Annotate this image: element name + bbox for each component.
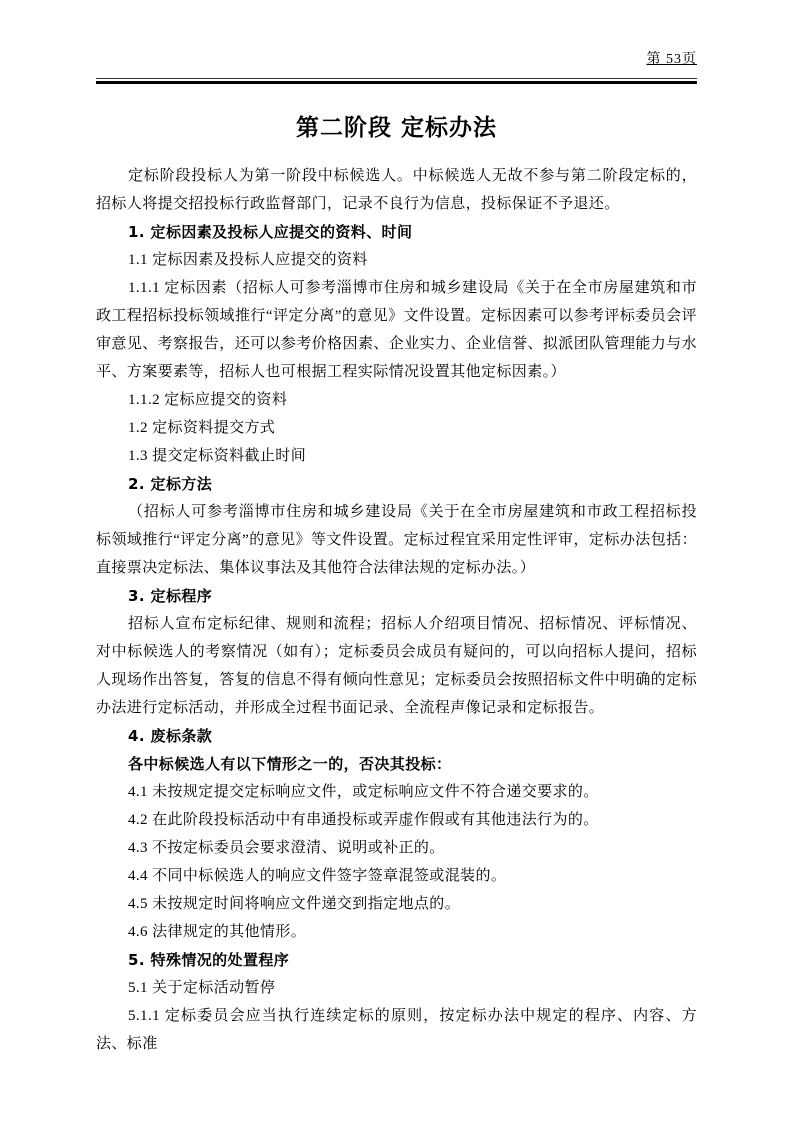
document-title: 第二阶段 定标办法 bbox=[96, 110, 697, 146]
item-1-3: 1.3 提交定标资料截止时间 bbox=[96, 442, 697, 470]
heading-section-3: 3. 定标程序 bbox=[96, 582, 697, 610]
page-number: 第 53页 bbox=[647, 52, 698, 67]
heading-section-2: 2. 定标方法 bbox=[96, 470, 697, 498]
item-1-1-1: 1.1.1 定标因素（招标人可参考淄博市住房和城乡建设局《关于在全市房屋建筑和市… bbox=[96, 274, 697, 386]
heading-section-4: 4. 废标条款 bbox=[96, 722, 697, 750]
item-4-3: 4.3 不按定标委员会要求澄清、说明或补正的。 bbox=[96, 834, 697, 862]
document-page: 第 53页 第二阶段 定标办法 定标阶段投标人为第一阶段中标候选人。中标候选人无… bbox=[0, 0, 793, 1122]
item-4-1: 4.1 未按规定提交定标响应文件，或定标响应文件不符合递交要求的。 bbox=[96, 778, 697, 806]
header-rule bbox=[96, 78, 697, 84]
item-4-4: 4.4 不同中标候选人的响应文件签字签章混签或混装的。 bbox=[96, 862, 697, 890]
page-header: 第 53页 bbox=[96, 0, 697, 70]
section-4-lead: 各中标候选人有以下情形之一的，否决其投标： bbox=[96, 750, 697, 778]
section-3-paragraph: 招标人宣布定标纪律、规则和流程；招标人介绍项目情况、招标情况、评标情况、对中标候… bbox=[96, 610, 697, 722]
document-body: 定标阶段投标人为第一阶段中标候选人。中标候选人无故不参与第二阶段定标的，招标人将… bbox=[96, 162, 697, 1058]
heading-section-1: 1. 定标因素及投标人应提交的资料、时间 bbox=[96, 218, 697, 246]
item-1-1-2: 1.1.2 定标应提交的资料 bbox=[96, 386, 697, 414]
heading-section-5: 5. 特殊情况的处置程序 bbox=[96, 946, 697, 974]
item-1-2: 1.2 定标资料提交方式 bbox=[96, 414, 697, 442]
item-4-2: 4.2 在此阶段投标活动中有串通投标或弄虚作假或有其他违法行为的。 bbox=[96, 806, 697, 834]
section-2-paragraph: （招标人可参考淄博市住房和城乡建设局《关于在全市房屋建筑和市政工程招标投标领域推… bbox=[96, 498, 697, 582]
intro-paragraph: 定标阶段投标人为第一阶段中标候选人。中标候选人无故不参与第二阶段定标的，招标人将… bbox=[96, 162, 697, 218]
item-1-1: 1.1 定标因素及投标人应提交的资料 bbox=[96, 246, 697, 274]
item-5-1-1: 5.1.1 定标委员会应当执行连续定标的原则，按定标办法中规定的程序、内容、方法… bbox=[96, 1002, 697, 1058]
item-5-1: 5.1 关于定标活动暂停 bbox=[96, 974, 697, 1002]
item-4-6: 4.6 法律规定的其他情形。 bbox=[96, 918, 697, 946]
page-margin-box: 第 53页 第二阶段 定标办法 定标阶段投标人为第一阶段中标候选人。中标候选人无… bbox=[0, 0, 793, 1058]
item-4-5: 4.5 未按规定时间将响应文件递交到指定地点的。 bbox=[96, 890, 697, 918]
